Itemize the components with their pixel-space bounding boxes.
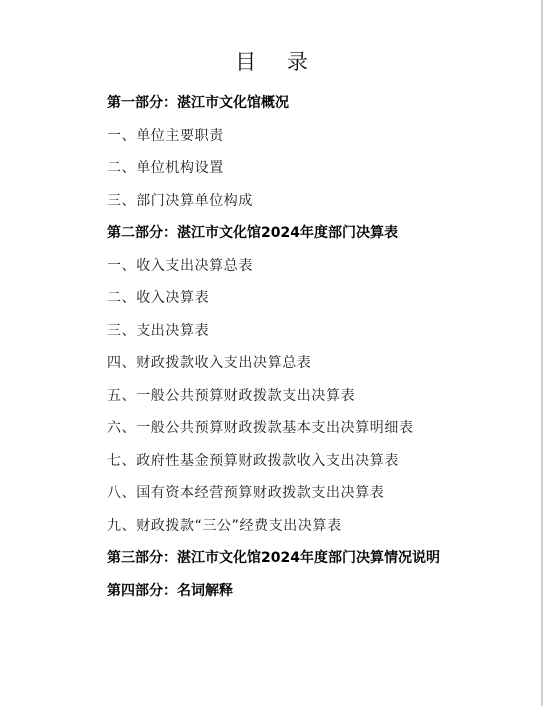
toc-item-unit-duties[interactable]: 一、单位主要职责 <box>107 125 440 158</box>
toc-item-state-capital-budget[interactable]: 八、国有资本经营预算财政拨款支出决算表 <box>107 482 440 515</box>
toc-part-1[interactable]: 第一部分：湛江市文化馆概况 <box>107 92 440 125</box>
toc-title: 目 录 <box>0 46 543 76</box>
toc-item-government-fund-budget[interactable]: 七、政府性基金预算财政拨款收入支出决算表 <box>107 450 440 483</box>
toc-part-4[interactable]: 第四部分：名词解释 <box>107 580 440 613</box>
toc-item-income-expenditure-summary[interactable]: 一、收入支出决算总表 <box>107 255 440 288</box>
toc-part-3[interactable]: 第三部分：湛江市文化馆2024年度部门决算情况说明 <box>107 547 440 580</box>
table-of-contents: 第一部分：湛江市文化馆概况 一、单位主要职责 二、单位机构设置 三、部门决算单位… <box>107 92 440 612</box>
toc-item-three-public-expenses[interactable]: 九、财政拨款“三公”经费支出决算表 <box>107 515 440 548</box>
toc-item-expenditure-table[interactable]: 三、支出决算表 <box>107 320 440 353</box>
toc-item-unit-composition[interactable]: 三、部门决算单位构成 <box>107 190 440 223</box>
toc-item-income-table[interactable]: 二、收入决算表 <box>107 287 440 320</box>
toc-item-general-budget-basic-expenditure[interactable]: 六、一般公共预算财政拨款基本支出决算明细表 <box>107 417 440 450</box>
document-page: 目 录 第一部分：湛江市文化馆概况 一、单位主要职责 二、单位机构设置 三、部门… <box>0 0 541 706</box>
toc-item-general-budget-expenditure[interactable]: 五、一般公共预算财政拨款支出决算表 <box>107 385 440 418</box>
toc-item-fiscal-appropriation-summary[interactable]: 四、财政拨款收入支出决算总表 <box>107 352 440 385</box>
toc-item-unit-organization[interactable]: 二、单位机构设置 <box>107 157 440 190</box>
toc-part-2[interactable]: 第二部分：湛江市文化馆2024年度部门决算表 <box>107 222 440 255</box>
